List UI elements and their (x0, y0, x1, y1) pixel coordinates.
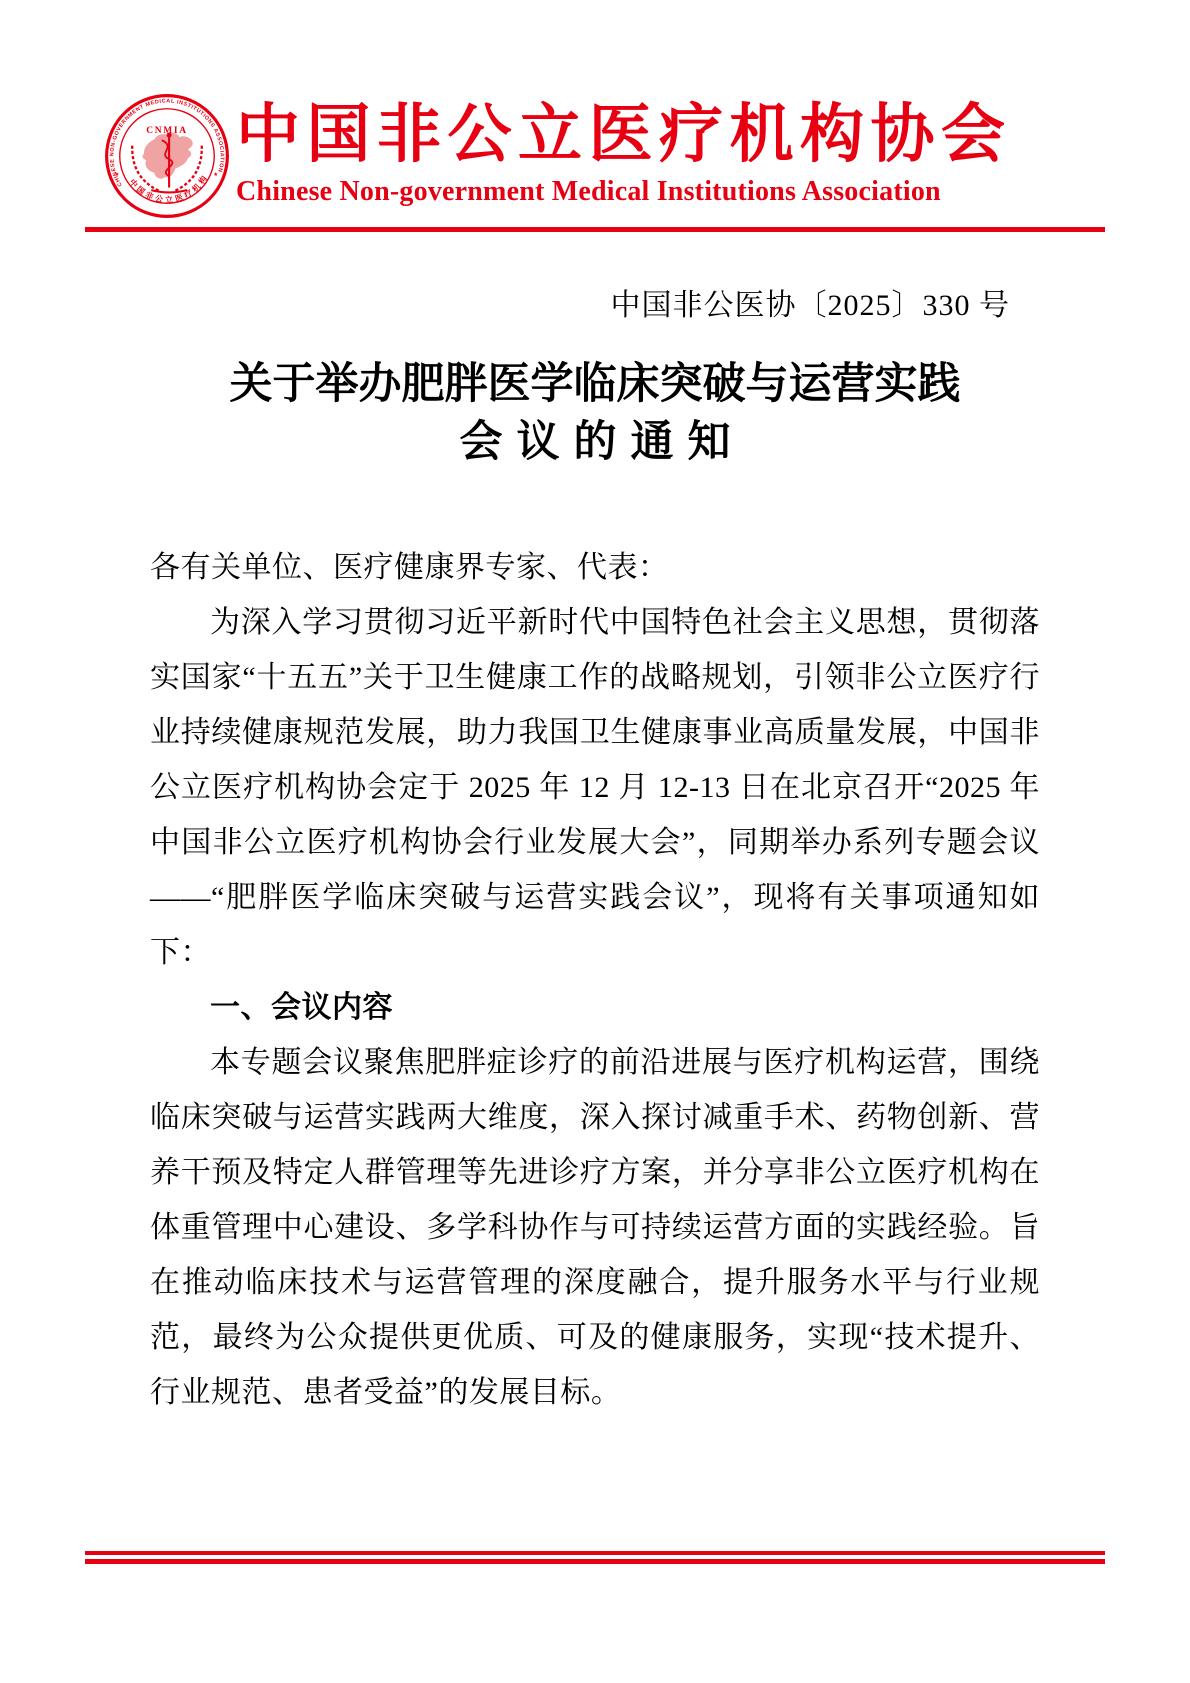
document-title-line1: 关于举办肥胖医学临床突破与运营实践 (0, 356, 1190, 414)
association-seal-icon: CHINESE NON-GOVERNMENT MEDICAL INSTITUTI… (104, 93, 230, 219)
document-title: 关于举办肥胖医学临床突破与运营实践 会议的通知 (0, 356, 1190, 472)
header-rule (85, 227, 1105, 232)
seal-star-right-icon: ★ (213, 172, 218, 178)
seal-star-left-icon: ★ (115, 172, 120, 178)
intro-paragraph: 为深入学习贯彻习近平新时代中国特色社会主义思想，贯彻落实国家“十五五”关于卫生健… (150, 595, 1040, 980)
section-1-paragraph: 本专题会议聚焦肥胖症诊疗的前沿进展与医疗机构运营，围绕临床突破与运营实践两大维度… (150, 1035, 1040, 1420)
notice-page: CHINESE NON-GOVERNMENT MEDICAL INSTITUTI… (0, 0, 1190, 1683)
org-name-chinese: 中国非公立医疗机构协会 (236, 100, 1012, 170)
footer-rule-line-1 (85, 1551, 1105, 1555)
document-body: 各有关单位、医疗健康界专家、代表： 为深入学习贯彻习近平新时代中国特色社会主义思… (150, 540, 1040, 1420)
staff-head-icon (167, 132, 172, 137)
document-number: 中国非公医协〔2025〕330 号 (611, 280, 1011, 324)
org-name-english: Chinese Non-government Medical Instituti… (236, 176, 1012, 208)
footer-rule-line-2 (85, 1559, 1105, 1564)
section-1-heading: 一、会议内容 (150, 980, 1040, 1035)
document-title-line2: 会议的通知 (0, 414, 1190, 472)
salutation: 各有关单位、医疗健康界专家、代表： (150, 540, 1040, 595)
footer-rule (85, 1551, 1105, 1564)
masthead: 中国非公立医疗机构协会 Chinese Non-government Medic… (236, 100, 1012, 208)
